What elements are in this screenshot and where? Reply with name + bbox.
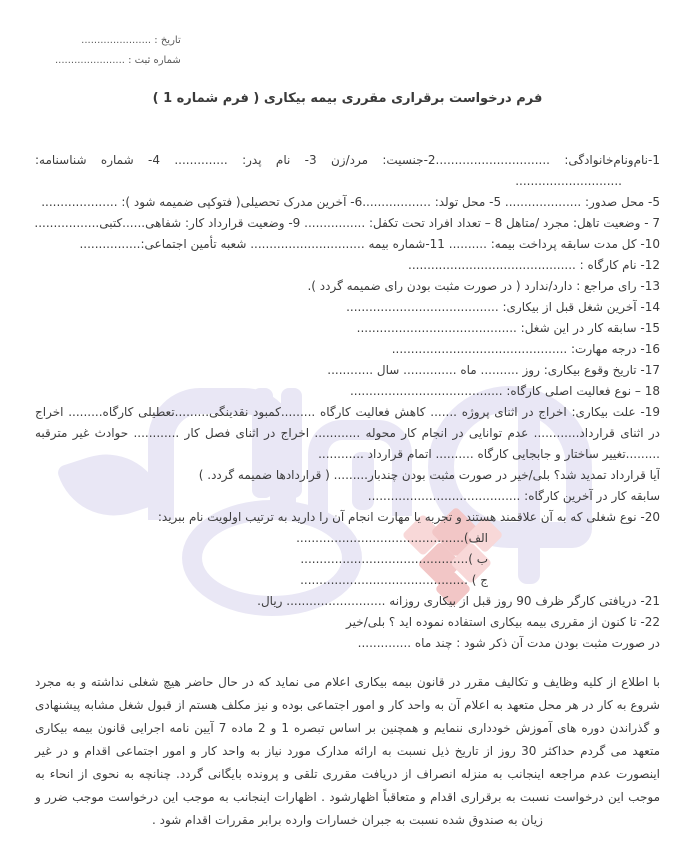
line-last-workshop-history: سابقه کار در آخرین کارگاه: .............…	[35, 486, 660, 507]
line-item-7-9: 7 - وضعیت تاهل: مجرد /متاهل 8 – تعداد اف…	[35, 213, 660, 234]
line-item-22: 22- تا کنون از مقرری بیمه بیکاری استفاده…	[35, 612, 660, 633]
line-item-15: 15- سابقه کار در این شغل: ..............…	[35, 318, 660, 339]
line-item-17: 17- تاریخ وقوع بیکاری: روز .......... ما…	[35, 360, 660, 381]
line-contract-renewed: آیا قرارداد تمدید شد؟ بلی/خیر در صورت مث…	[35, 465, 660, 486]
line-item-10-11: 10- کل مدت سابقه پرداخت بیمه: ..........…	[35, 234, 660, 255]
unemployment-benefit-request-form-page: تاریخ : ...................... شماره ثبت…	[0, 0, 695, 855]
line-option-jim: ج ) ....................................…	[35, 570, 660, 591]
line-item-16: 16- درجه مهارت: ........................…	[35, 339, 660, 360]
registry-block: تاریخ : ...................... شماره ثبت…	[55, 31, 181, 71]
line-item-21: 21- دریافتی کارگر ظرف 90 روز قبل از بیکا…	[35, 591, 660, 612]
line-item-14: 14- آخرین شغل قبل از بیکاری: ...........…	[35, 297, 660, 318]
line-option-alef: الف)....................................…	[35, 528, 660, 549]
form-lines: 1-نام‌ونام‌خانوادگی: ...................…	[35, 150, 660, 832]
line-item-19: 19- علت بیکاری: اخراج در اثنای پروژه ...…	[35, 402, 660, 465]
line-item-5-6: 5- محل صدور: .................... 5- محل…	[35, 192, 660, 213]
line-item-13: 13- رای مراجع : دارد/ندارد ( در صورت مثب…	[35, 276, 660, 297]
line-item-22-duration: در صورت مثبت بودن مدت آن ذکر شود : چند م…	[35, 633, 660, 654]
line-option-be: ب ).....................................…	[35, 549, 660, 570]
line-item-1: 1-نام‌ونام‌خانوادگی: ...................…	[35, 150, 660, 171]
line-item-1-cont: ............................	[35, 171, 660, 192]
date-field: تاریخ : ......................	[55, 31, 181, 51]
line-item-18: 18 – نوع فعالیت اصلی کارگاه: ...........…	[35, 381, 660, 402]
line-item-20: 20- نوع شغلی که به آن علاقمند هستند و تج…	[35, 507, 660, 528]
line-item-12: 12- نام کارگاه : .......................…	[35, 255, 660, 276]
declaration-paragraph: با اطلاع از کلیه وظایف و تکالیف مقرر در …	[35, 671, 660, 832]
form-title: فرم درخواست برقراری مقرری بیمه بیکاری ( …	[0, 91, 695, 106]
register-number-field: شماره ثبت : ......................	[55, 51, 181, 71]
